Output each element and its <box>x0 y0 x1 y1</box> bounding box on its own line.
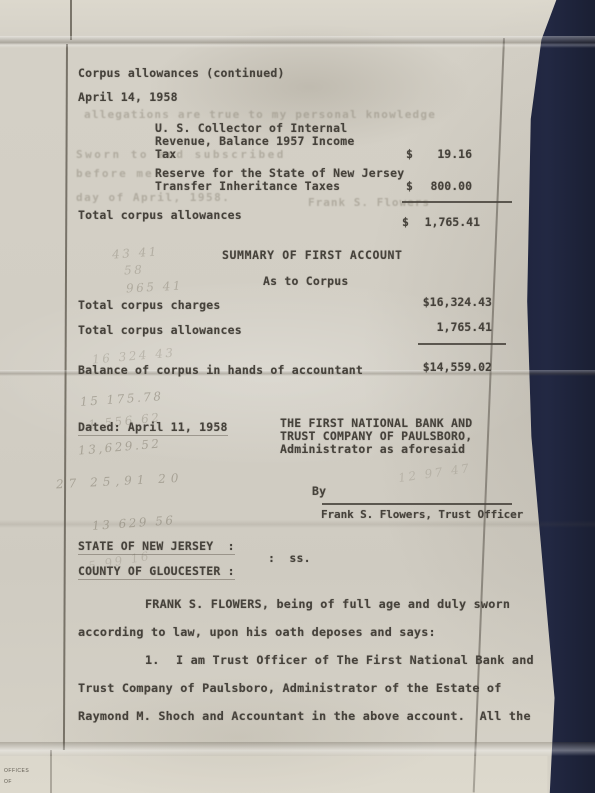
total-allowances-amount: $ 1,765.41 <box>402 215 480 229</box>
dated-line: Dated: April 11, 1958 <box>78 420 228 436</box>
org-line3: Administrator as aforesaid <box>280 442 465 456</box>
entry1-value: 19.16 <box>437 147 472 161</box>
fold-crease-top <box>0 36 595 48</box>
total-value: 1,765.41 <box>425 215 480 229</box>
affidavit-p2-number: 1. <box>145 653 160 667</box>
fold-crease-lower <box>0 520 595 528</box>
entry1-currency: $ <box>406 147 413 161</box>
ghost-line-allegations: allegations are true to my personal know… <box>84 108 436 121</box>
ghost-line-sworn: Sworn to and subscribed <box>76 148 286 161</box>
venue-county: COUNTY OF GLOUCESTER : <box>78 564 235 580</box>
summary-row1-label: Total corpus charges <box>78 298 220 312</box>
org-line1: THE FIRST NATIONAL BANK AND <box>280 416 472 430</box>
summary-row2-amount: 1,765.41 <box>392 320 492 334</box>
margin-label-offices: OFFICES <box>4 768 29 774</box>
entry1-line3: Tax <box>155 147 176 161</box>
affidavit-p2-line3: Raymond M. Shoch and Accountant in the a… <box>78 709 531 723</box>
entry2-line1: Reserve for the State of New Jersey <box>155 166 404 180</box>
subtotal-rule <box>402 201 512 203</box>
venue-ss: : ss. <box>268 551 311 565</box>
summary-subtitle: As to Corpus <box>263 274 348 288</box>
entry1-amount: $ 19.16 <box>406 147 472 161</box>
affidavit-p1-line2: according to law, upon his oath deposes … <box>78 625 436 639</box>
section-heading: Corpus allowances (continued) <box>78 66 285 80</box>
summary-title: SUMMARY OF FIRST ACCOUNT <box>222 248 403 262</box>
total-currency: $ <box>402 215 409 229</box>
summary-row2-label: Total corpus allowances <box>78 323 242 337</box>
pencil-note: 58 <box>124 262 145 277</box>
fold-crease-bottom <box>0 742 595 756</box>
date-heading: April 14, 1958 <box>78 90 178 104</box>
signature-line <box>322 503 512 505</box>
entry2-currency: $ <box>406 179 413 193</box>
venue-state: STATE OF NEW JERSEY : <box>78 539 235 555</box>
affidavit-p2-line2: Trust Company of Paulsboro, Administrato… <box>78 681 502 695</box>
photo-background: Corpus allowances (continued) April 14, … <box>0 0 595 793</box>
summary-rule <box>418 343 506 345</box>
entry1-line2: Revenue, Balance 1957 Income <box>155 134 354 148</box>
summary-row3-amount: $14,559.02 <box>392 360 492 374</box>
org-line2: TRUST COMPANY OF PAULSBORO, <box>280 429 472 443</box>
affidavit-p2-line1: I am Trust Officer of The First National… <box>176 653 534 667</box>
by-label: By <box>312 484 326 498</box>
entry2-line2: Transfer Inheritance Taxes <box>155 179 340 193</box>
summary-row3-label: Balance of corpus in hands of accountant <box>78 363 363 377</box>
entry1-line1: U. S. Collector of Internal <box>155 121 347 135</box>
under-sheet-strip <box>0 756 595 793</box>
affidavit-p1-line1: FRANK S. FLOWERS, being of full age and … <box>145 597 510 611</box>
ghost-line-before-me: before me <box>76 167 154 180</box>
entry2-amount: $ 800.00 <box>406 179 472 193</box>
margin-label-of: OF <box>4 779 12 785</box>
total-allowances-label: Total corpus allowances <box>78 208 242 222</box>
entry2-value: 800.00 <box>430 179 472 193</box>
pencil-note: 965 41 <box>126 279 184 296</box>
left-margin-rule-top-fold <box>70 0 72 40</box>
summary-row1-amount: $16,324.43 <box>392 295 492 309</box>
signer-name: Frank S. Flowers, Trust Officer <box>321 508 523 521</box>
